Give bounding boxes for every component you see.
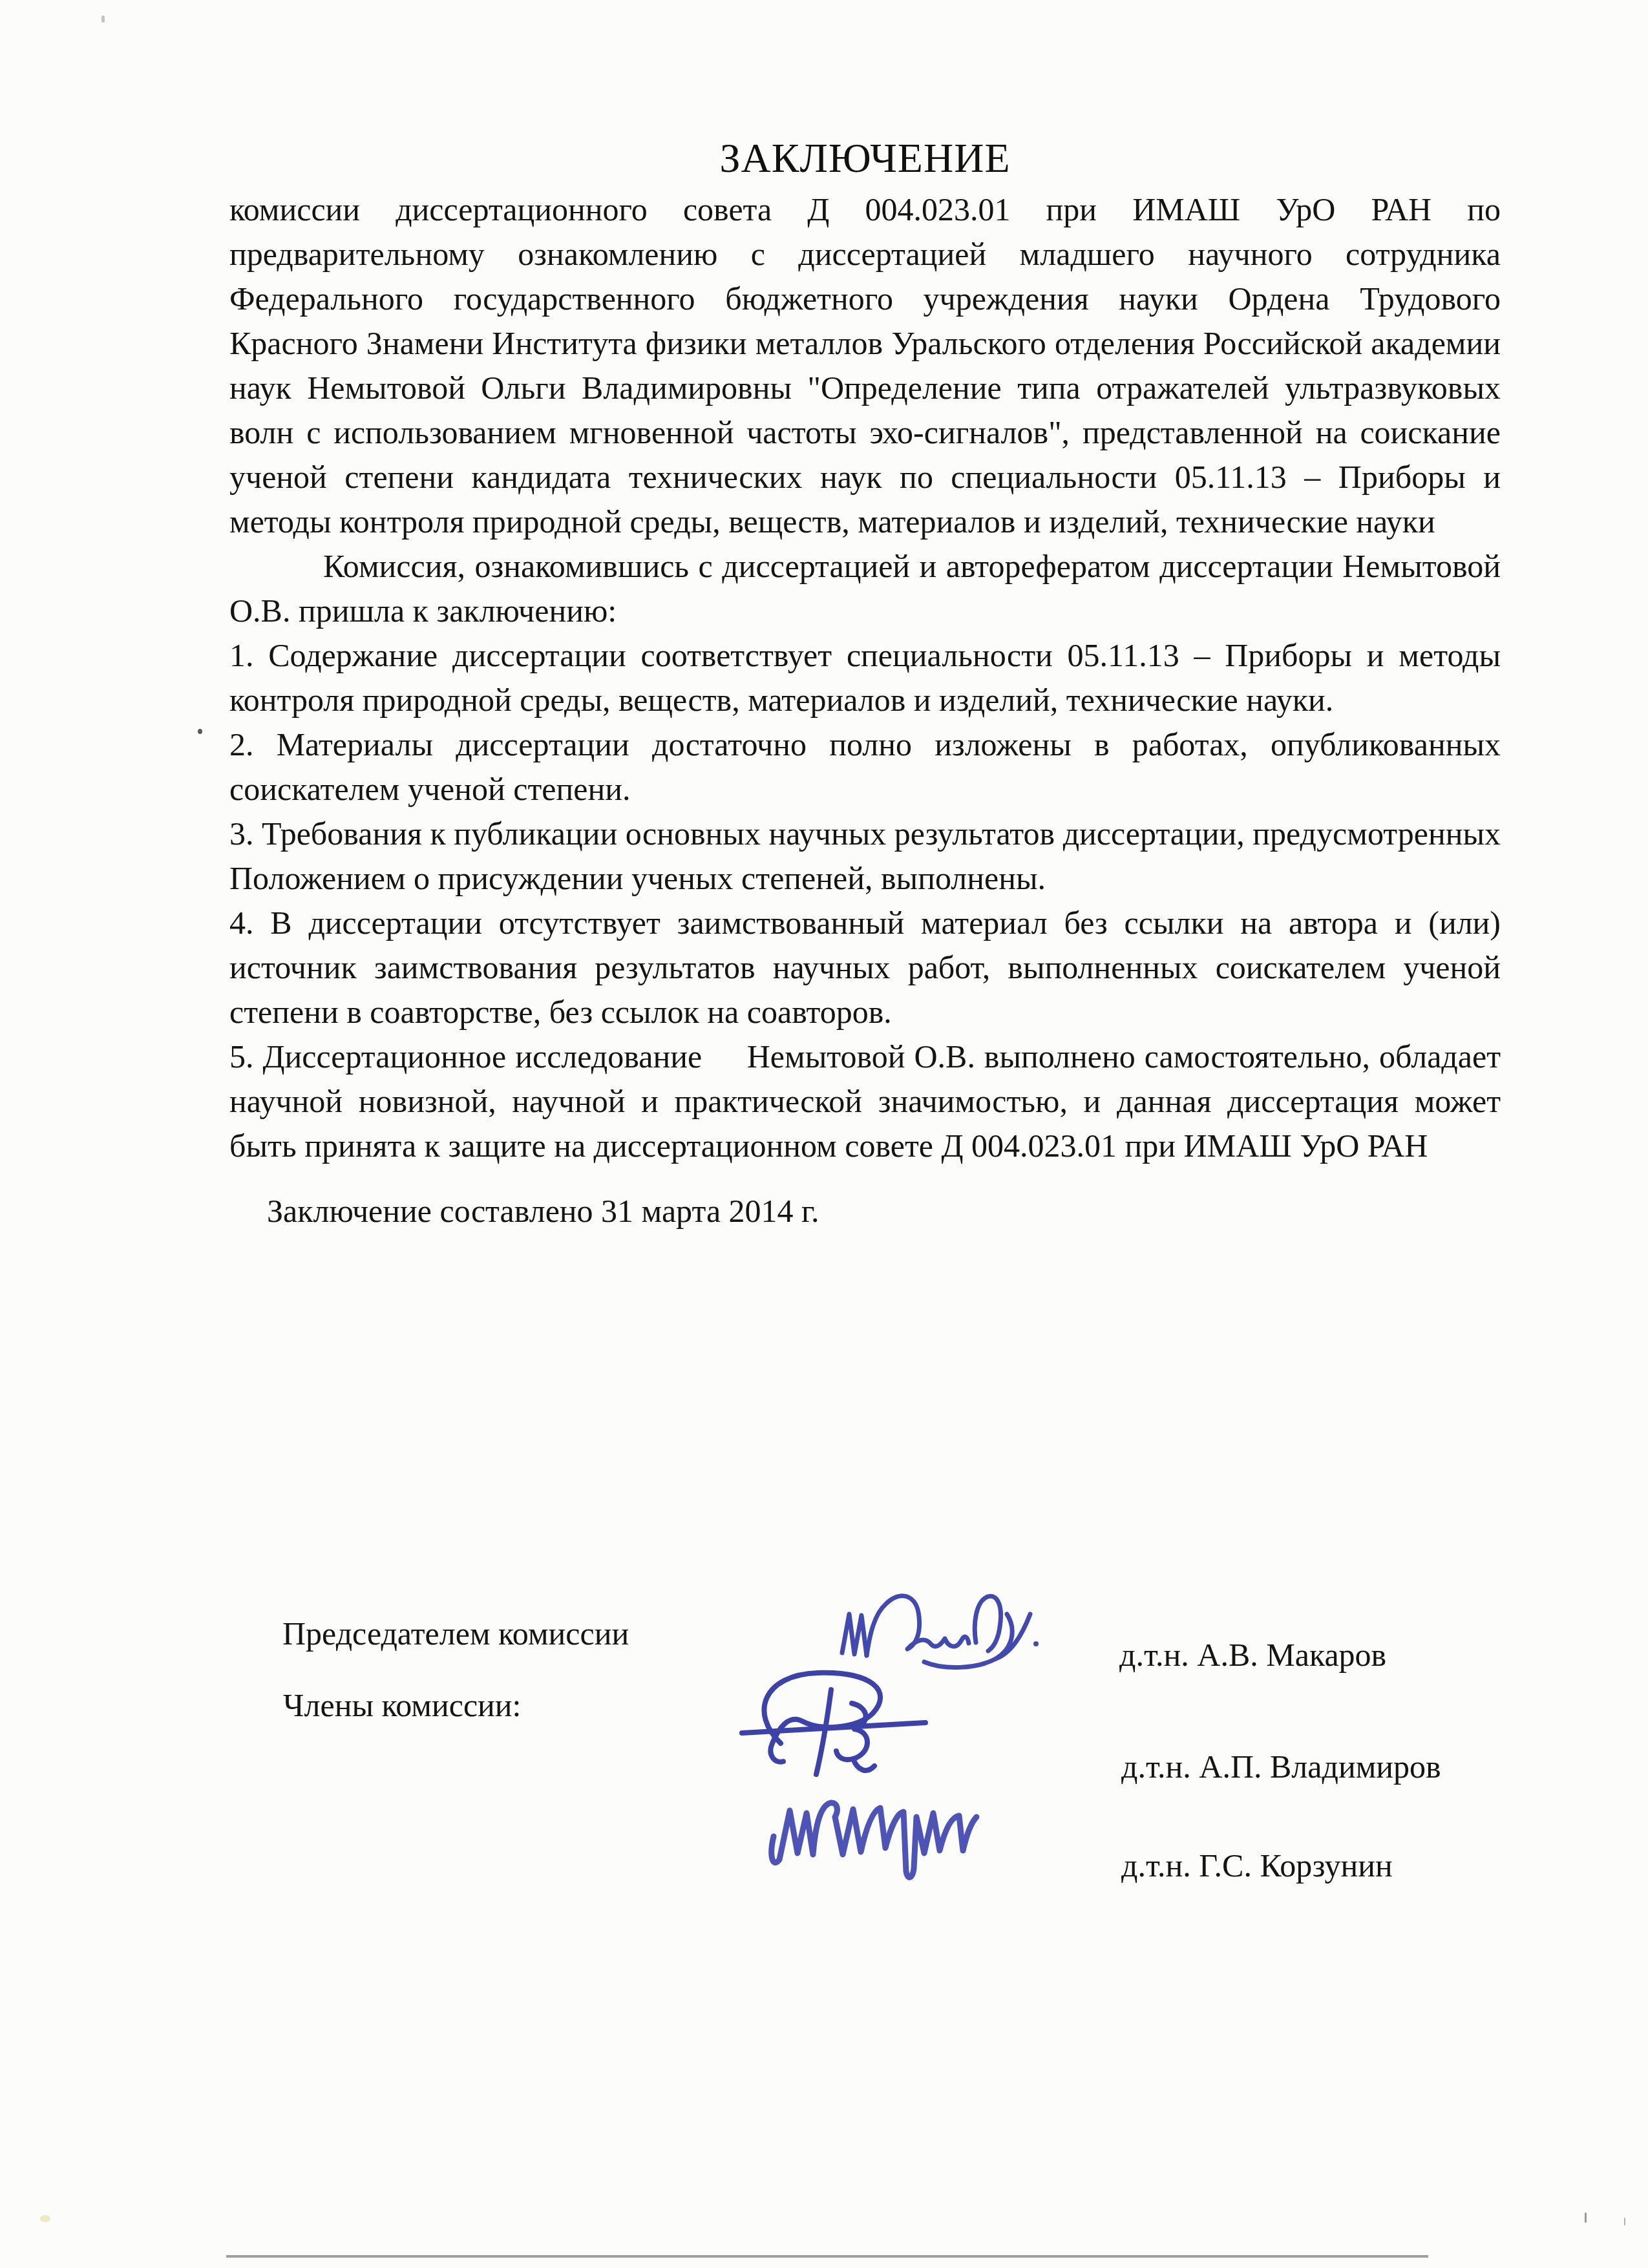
scan-speck	[40, 2215, 50, 2222]
conclusion-item-5: 5. Диссертационное исследование Немытово…	[229, 1034, 1501, 1168]
conclusion-item-4: 4. В диссертации отсутствует заимствован…	[229, 901, 1501, 1034]
scan-speck	[1585, 2212, 1587, 2223]
members-role-label: Члены комиссии:	[283, 1686, 521, 1724]
signature-vladimirov	[742, 1673, 925, 1774]
chairman-role-label: Председателем комиссии	[282, 1615, 629, 1652]
intro-paragraph: комиссии диссертационного совета Д 004.0…	[229, 187, 1501, 544]
member-2-name: д.т.н. Г.С. Корзунин	[1121, 1847, 1393, 1884]
document-title: ЗАКЛЮЧЕНИЕ	[229, 129, 1501, 187]
chairman-name: д.т.н. А.В. Макаров	[1119, 1636, 1386, 1674]
conclusion-item-1: 1. Содержание диссертации соответствует …	[229, 633, 1501, 722]
document-body: ЗАКЛЮЧЕНИЕ комиссии диссертационного сов…	[229, 129, 1501, 1234]
scan-speck	[1624, 2218, 1625, 2225]
scan-speck	[101, 16, 105, 23]
scanner-edge-artifact	[226, 2255, 1428, 2258]
scan-speck	[198, 729, 202, 734]
handwritten-signatures	[711, 1577, 1066, 1913]
conclusion-item-2: 2. Материалы диссертации достаточно полн…	[229, 722, 1501, 812]
scanned-document-page: ЗАКЛЮЧЕНИЕ комиссии диссертационного сов…	[0, 0, 1648, 2268]
member-1-name: д.т.н. А.П. Владимиров	[1121, 1748, 1441, 1785]
signature-korzunin	[772, 1803, 977, 1877]
commission-paragraph: Комиссия, ознакомившись с диссертацией и…	[229, 544, 1501, 633]
signature-makarov	[842, 1596, 1039, 1668]
date-line: Заключение составлено 31 марта 2014 г.	[229, 1189, 1501, 1234]
conclusion-item-3: 3. Требования к публикации основных науч…	[229, 812, 1501, 901]
